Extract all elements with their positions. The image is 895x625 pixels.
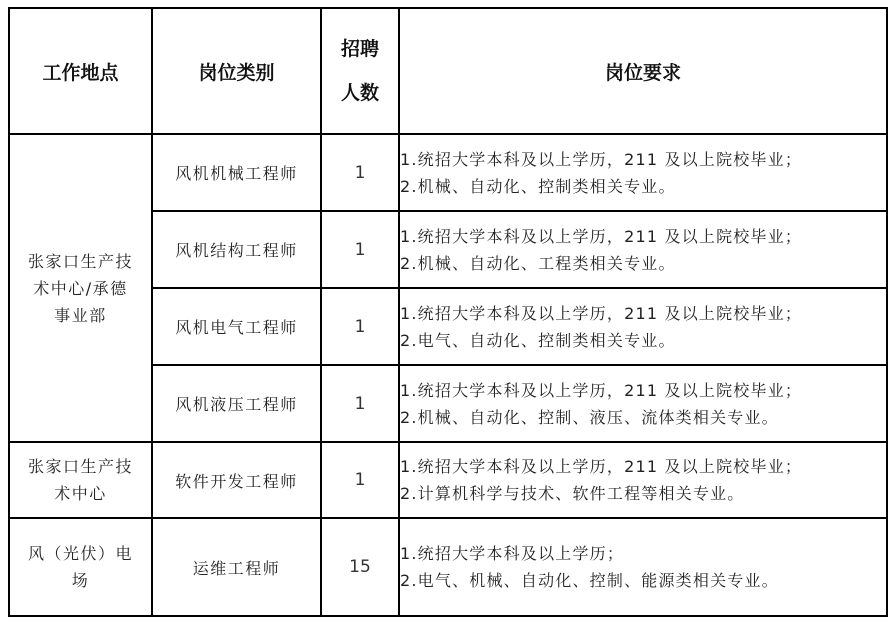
position-cell: 风机结构工程师: [152, 211, 321, 288]
requirement-line: 2.电气、自动化、控制类相关专业。: [400, 327, 886, 354]
requirement-line: 2.机械、自动化、工程类相关专业。: [400, 250, 886, 277]
position-cell: 风机机械工程师: [152, 134, 321, 211]
position-cell: 软件开发工程师: [152, 442, 321, 518]
count-cell: 1: [321, 442, 399, 518]
requirement-line: 2.机械、自动化、控制、液压、流体类相关专业。: [400, 404, 886, 431]
location-line: 术中心: [28, 480, 133, 507]
header-row: 工作地点 岗位类别 招聘 人数 岗位要求: [9, 8, 887, 134]
location-cell: 张家口生产技 术中心/承德 事业部: [9, 134, 152, 442]
header-category: 岗位类别: [152, 8, 321, 134]
header-location: 工作地点: [9, 8, 152, 134]
requirement-line: 1.统招大学本科及以上学历；: [400, 540, 886, 567]
requirement-line: 1.统招大学本科及以上学历，211 及以上院校毕业；: [400, 453, 886, 480]
requirements-cell: 1.统招大学本科及以上学历，211 及以上院校毕业； 2.计算机科学与技术、软件…: [399, 442, 887, 518]
location-line: 张家口生产技: [28, 453, 133, 480]
table-row: 风（光伏）电 场 运维工程师 15 1.统招大学本科及以上学历； 2.电气、机械…: [9, 518, 887, 616]
count-cell: 1: [321, 134, 399, 211]
requirements-cell: 1.统招大学本科及以上学历； 2.电气、机械、自动化、控制、能源类相关专业。: [399, 518, 887, 616]
location-line: 张家口生产技: [28, 248, 133, 275]
requirements-cell: 1.统招大学本科及以上学历，211 及以上院校毕业； 2.机械、自动化、工程类相…: [399, 211, 887, 288]
location-cell: 风（光伏）电 场: [9, 518, 152, 616]
requirement-line: 1.统招大学本科及以上学历，211 及以上院校毕业；: [400, 377, 886, 404]
table-row: 张家口生产技 术中心 软件开发工程师 1 1.统招大学本科及以上学历，211 及…: [9, 442, 887, 518]
requirement-line: 2.机械、自动化、控制类相关专业。: [400, 173, 886, 200]
requirement-line: 1.统招大学本科及以上学历，211 及以上院校毕业；: [400, 300, 886, 327]
header-count: 招聘 人数: [321, 8, 399, 134]
requirements-cell: 1.统招大学本科及以上学历，211 及以上院校毕业； 2.机械、自动化、控制、液…: [399, 365, 887, 442]
table-row: 张家口生产技 术中心/承德 事业部 风机机械工程师 1 1.统招大学本科及以上学…: [9, 134, 887, 211]
requirements-cell: 1.统招大学本科及以上学历，211 及以上院校毕业； 2.机械、自动化、控制类相…: [399, 134, 887, 211]
position-cell: 风机电气工程师: [152, 288, 321, 365]
header-requirements: 岗位要求: [399, 8, 887, 134]
location-line: 事业部: [28, 302, 133, 329]
count-cell: 15: [321, 518, 399, 616]
location-line: 场: [28, 567, 133, 594]
header-count-line2: 人数: [322, 71, 398, 115]
requirement-line: 1.统招大学本科及以上学历，211 及以上院校毕业；: [400, 223, 886, 250]
requirement-line: 2.计算机科学与技术、软件工程等相关专业。: [400, 480, 886, 507]
location-line: 术中心/承德: [28, 275, 133, 302]
count-cell: 1: [321, 365, 399, 442]
count-cell: 1: [321, 288, 399, 365]
requirement-line: 2.电气、机械、自动化、控制、能源类相关专业。: [400, 567, 886, 594]
count-cell: 1: [321, 211, 399, 288]
requirement-line: 1.统招大学本科及以上学历，211 及以上院校毕业；: [400, 146, 886, 173]
location-line: 风（光伏）电: [28, 540, 133, 567]
header-count-line1: 招聘: [322, 27, 398, 71]
recruitment-table: 工作地点 岗位类别 招聘 人数 岗位要求 张家口生产技 术中心/承德 事业部 风…: [8, 7, 888, 617]
position-cell: 运维工程师: [152, 518, 321, 616]
requirements-cell: 1.统招大学本科及以上学历，211 及以上院校毕业； 2.电气、自动化、控制类相…: [399, 288, 887, 365]
location-cell: 张家口生产技 术中心: [9, 442, 152, 518]
position-cell: 风机液压工程师: [152, 365, 321, 442]
